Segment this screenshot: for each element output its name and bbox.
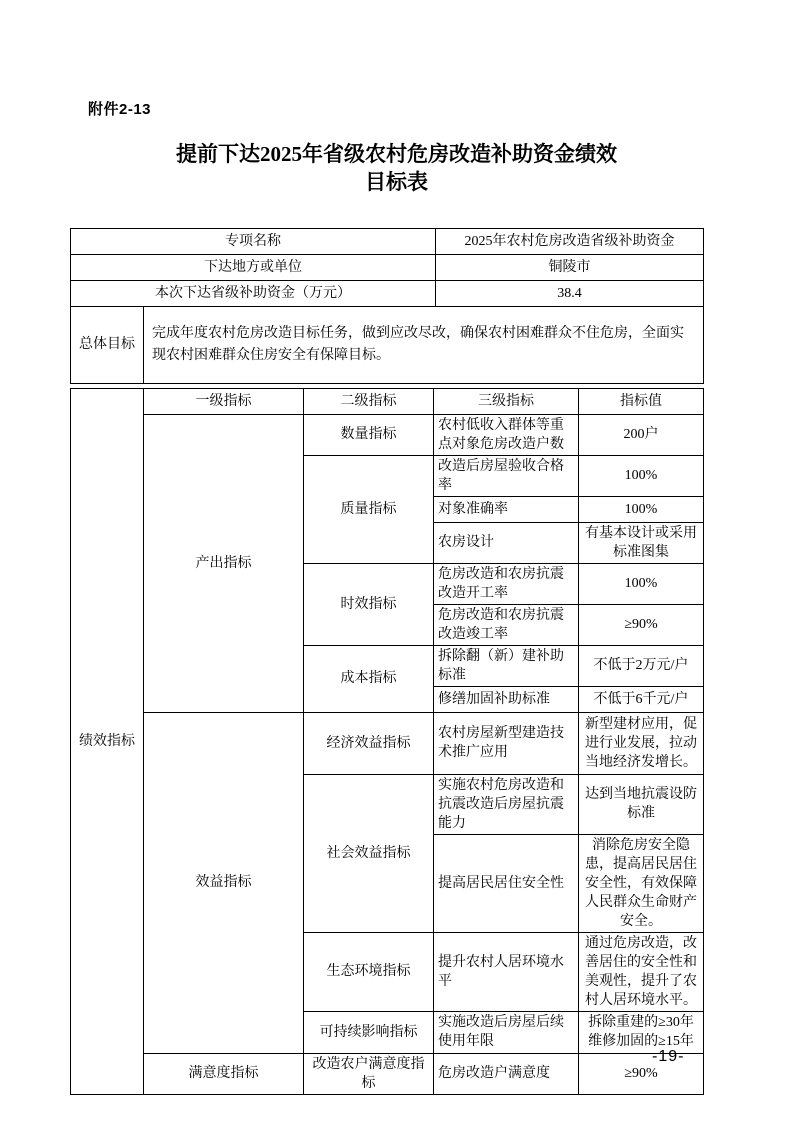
- page-title-line1: 提前下达2025年省级农村危房改造补助资金绩效: [176, 142, 617, 166]
- page-number: -19-: [652, 1048, 684, 1066]
- value-cell: 不低于6千元/户: [579, 686, 704, 712]
- table-row: 总体目标 完成年度农村危房改造目标任务，做到应改尽改，确保农村困难群众不住危房，…: [71, 306, 704, 383]
- value-cell: 100%: [579, 496, 704, 522]
- value-cell: 新型建材应用，促进行业发展，拉动当地经济发增长。: [579, 712, 704, 774]
- value-cell: 100%: [579, 455, 704, 496]
- info-value-cell: 38.4: [436, 281, 704, 307]
- level2-cell: 质量指标: [304, 455, 434, 563]
- level3-cell: 农村房屋新型建造技术推广应用: [434, 712, 579, 774]
- table-row: 效益指标 经济效益指标 农村房屋新型建造技术推广应用 新型建材应用，促进行业发展…: [71, 712, 704, 774]
- indicator-table: 绩效指标 一级指标 二级指标 三级指标 指标值 产出指标 数量指标 农村低收入群…: [70, 388, 704, 1095]
- level2-cell: 生态环境指标: [304, 932, 434, 1011]
- value-cell: ≥90%: [579, 1053, 704, 1094]
- value-cell: 100%: [579, 563, 704, 604]
- level3-cell: 实施农村危房改造和抗震改造后房屋抗震能力: [434, 774, 579, 834]
- value-cell: 通过危房改造，改善居住的安全性和美观性，提升了农村人居环境水平。: [579, 932, 704, 1011]
- table-row: 专项名称 2025年农村危房改造省级补助资金: [71, 229, 704, 255]
- level2-cell: 社会效益指标: [304, 774, 434, 932]
- value-cell: 200户: [579, 414, 704, 455]
- table-row: 满意度指标 改造农户满意度指标 危房改造户满意度 ≥90%: [71, 1053, 704, 1094]
- value-cell: 不低于2万元/户: [579, 645, 704, 686]
- header-level2: 二级指标: [304, 388, 434, 414]
- level2-cell: 成本指标: [304, 645, 434, 712]
- document-content: 专项名称 2025年农村危房改造省级补助资金 下达地方或单位 铜陵市 本次下达省…: [70, 228, 703, 1095]
- level2-cell: 数量指标: [304, 414, 434, 455]
- level3-cell: 危房改造和农房抗震改造开工率: [434, 563, 579, 604]
- level3-cell: 提高居民居住安全性: [434, 834, 579, 932]
- level1-cell: 满意度指标: [144, 1053, 304, 1094]
- attachment-label: 附件2-13: [88, 98, 151, 119]
- level1-cell: 产出指标: [144, 414, 304, 712]
- level2-cell: 改造农户满意度指标: [304, 1053, 434, 1094]
- level1-cell: 效益指标: [144, 712, 304, 1053]
- table-row: 本次下达省级补助资金（万元） 38.4: [71, 281, 704, 307]
- header-level1: 一级指标: [144, 388, 304, 414]
- side-label-cell: 绩效指标: [71, 388, 144, 1094]
- indicator-header-row: 绩效指标 一级指标 二级指标 三级指标 指标值: [71, 388, 704, 414]
- value-cell: 有基本设计或采用标准图集: [579, 522, 704, 563]
- header-level3: 三级指标: [434, 388, 579, 414]
- info-table: 专项名称 2025年农村危房改造省级补助资金 下达地方或单位 铜陵市 本次下达省…: [70, 228, 704, 307]
- level2-cell: 经济效益指标: [304, 712, 434, 774]
- value-cell: ≥90%: [579, 604, 704, 645]
- info-label-cell: 本次下达省级补助资金（万元）: [71, 281, 436, 307]
- info-value-cell: 2025年农村危房改造省级补助资金: [436, 229, 704, 255]
- value-cell: 达到当地抗震设防标准: [579, 774, 704, 834]
- overall-goal-text-cell: 完成年度农村危房改造目标任务，做到应改尽改，确保农村困难群众不住危房，全面实现农…: [144, 306, 704, 383]
- level3-cell: 修缮加固补助标准: [434, 686, 579, 712]
- info-value-cell: 铜陵市: [436, 255, 704, 281]
- level3-cell: 对象准确率: [434, 496, 579, 522]
- page-title: 提前下达2025年省级农村危房改造补助资金绩效目标表: [0, 140, 793, 196]
- level3-cell: 提升农村人居环境水平: [434, 932, 579, 1011]
- header-value: 指标值: [579, 388, 704, 414]
- level2-cell: 可持续影响指标: [304, 1011, 434, 1053]
- level3-cell: 拆除翻（新）建补助标准: [434, 645, 579, 686]
- value-cell: 拆除重建的≥30年 维修加固的≥15年: [579, 1011, 704, 1053]
- overall-goal-label-cell: 总体目标: [71, 306, 144, 383]
- level3-cell: 危房改造和农房抗震改造竣工率: [434, 604, 579, 645]
- info-label-cell: 下达地方或单位: [71, 255, 436, 281]
- info-label-cell: 专项名称: [71, 229, 436, 255]
- page-title-line2: 目标表: [365, 170, 428, 194]
- level2-cell: 时效指标: [304, 563, 434, 645]
- overall-goal-table: 总体目标 完成年度农村危房改造目标任务，做到应改尽改，确保农村困难群众不住危房，…: [70, 306, 704, 384]
- level3-cell: 危房改造户满意度: [434, 1053, 579, 1094]
- value-cell: 消除危房安全隐患，提高居民居住安全性，有效保障人民群众生命财产安全。: [579, 834, 704, 932]
- level3-cell: 农村低收入群体等重点对象危房改造户数: [434, 414, 579, 455]
- level3-cell: 改造后房屋验收合格率: [434, 455, 579, 496]
- level3-cell: 实施改造后房屋后续使用年限: [434, 1011, 579, 1053]
- table-row: 产出指标 数量指标 农村低收入群体等重点对象危房改造户数 200户: [71, 414, 704, 455]
- table-row: 下达地方或单位 铜陵市: [71, 255, 704, 281]
- level3-cell: 农房设计: [434, 522, 579, 563]
